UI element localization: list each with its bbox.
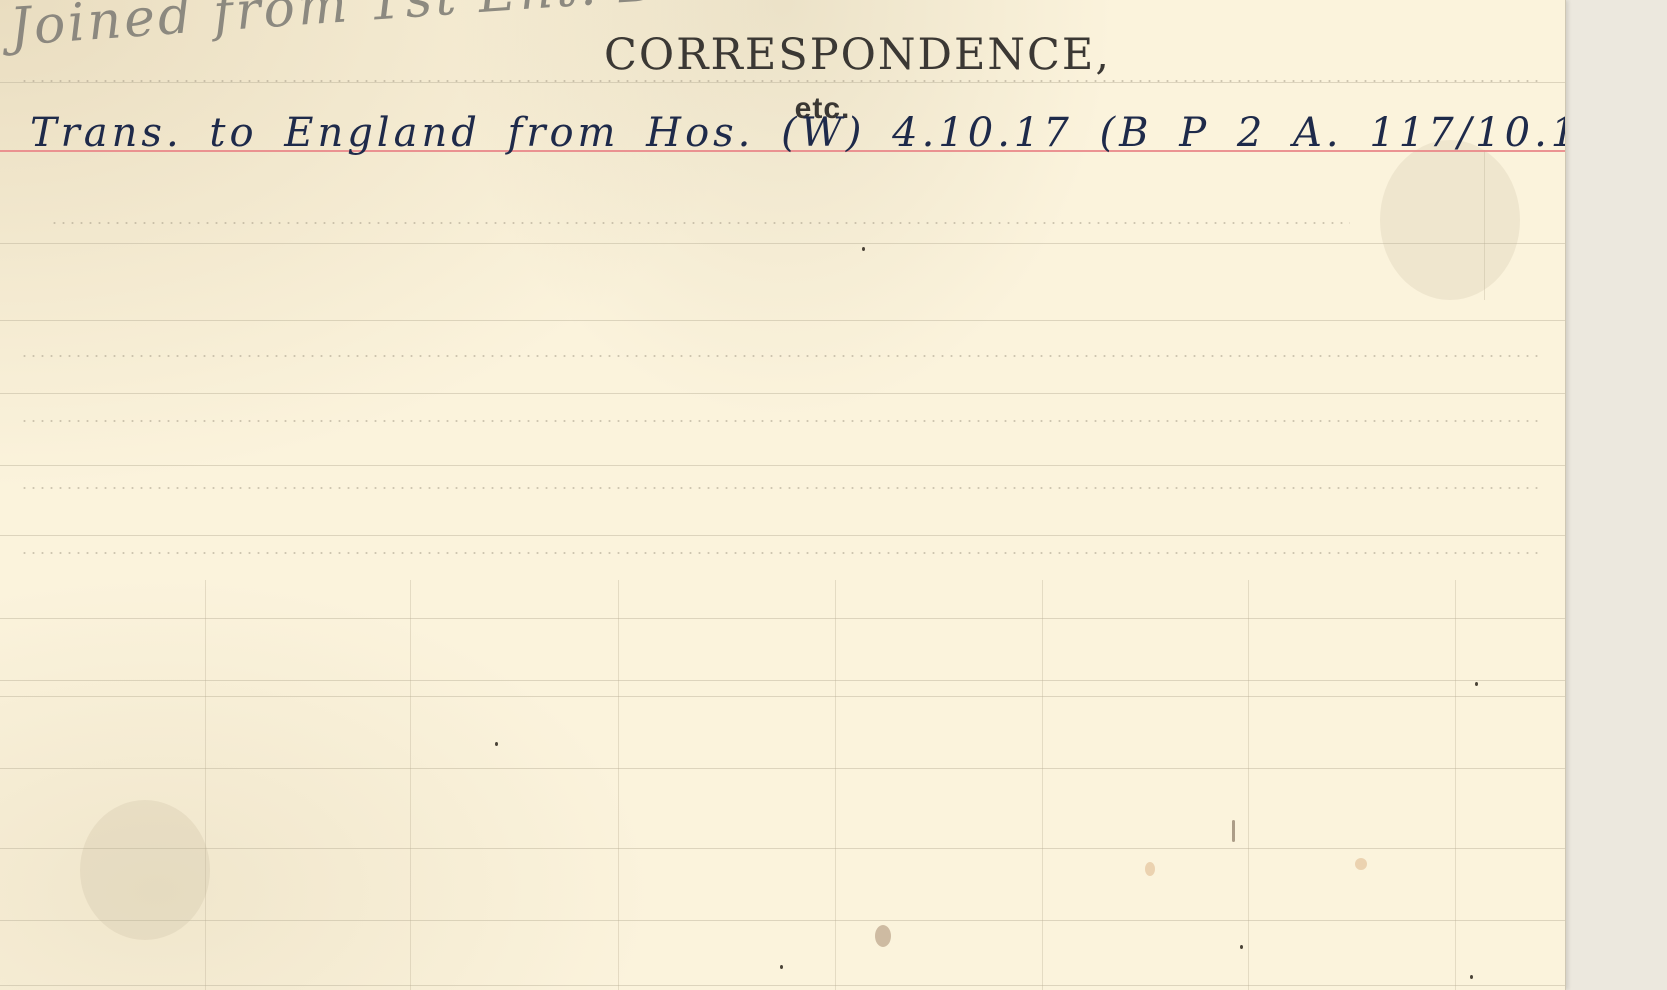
column-line [1484,150,1485,300]
speck [1240,945,1243,949]
record-card: CORRESPONDENCE, etc. Joined from 1st Ent… [0,0,1565,990]
dotted-line [50,222,1350,224]
ruled-line [0,848,1565,849]
column-line [835,580,836,990]
speck [1470,975,1473,979]
dotted-line [20,80,1540,82]
ruled-line [0,696,1565,697]
stain [1145,862,1155,876]
speck [495,742,498,746]
column-line [410,580,411,990]
stain [1355,858,1367,870]
dotted-line [20,355,1540,357]
scan-background-edge [1565,0,1667,990]
column-line [1455,580,1456,990]
dotted-line [20,487,1540,489]
ruled-line [0,393,1565,394]
speck [1475,682,1478,686]
ruled-line [0,768,1565,769]
ruled-line [0,82,1565,83]
ruled-line [0,680,1565,681]
speck [862,247,865,251]
dotted-line [20,552,1540,554]
column-line [618,580,619,990]
dotted-line [20,420,1540,422]
ruled-line [0,243,1565,244]
ruled-line [0,465,1565,466]
ruled-line [0,618,1565,619]
column-line [1042,580,1043,990]
age-stain [80,800,210,940]
age-stain [1380,140,1520,300]
column-line [205,580,206,990]
ruled-line [0,985,1565,986]
ruled-line [0,535,1565,536]
ink-annotation: Trans. to England from Hos. (W) 4.10.17 … [30,110,1565,156]
stain [875,925,891,947]
column-line [1248,580,1249,990]
ruled-line [0,920,1565,921]
ruled-line [0,320,1565,321]
speck [780,965,783,969]
speck [1232,820,1235,842]
